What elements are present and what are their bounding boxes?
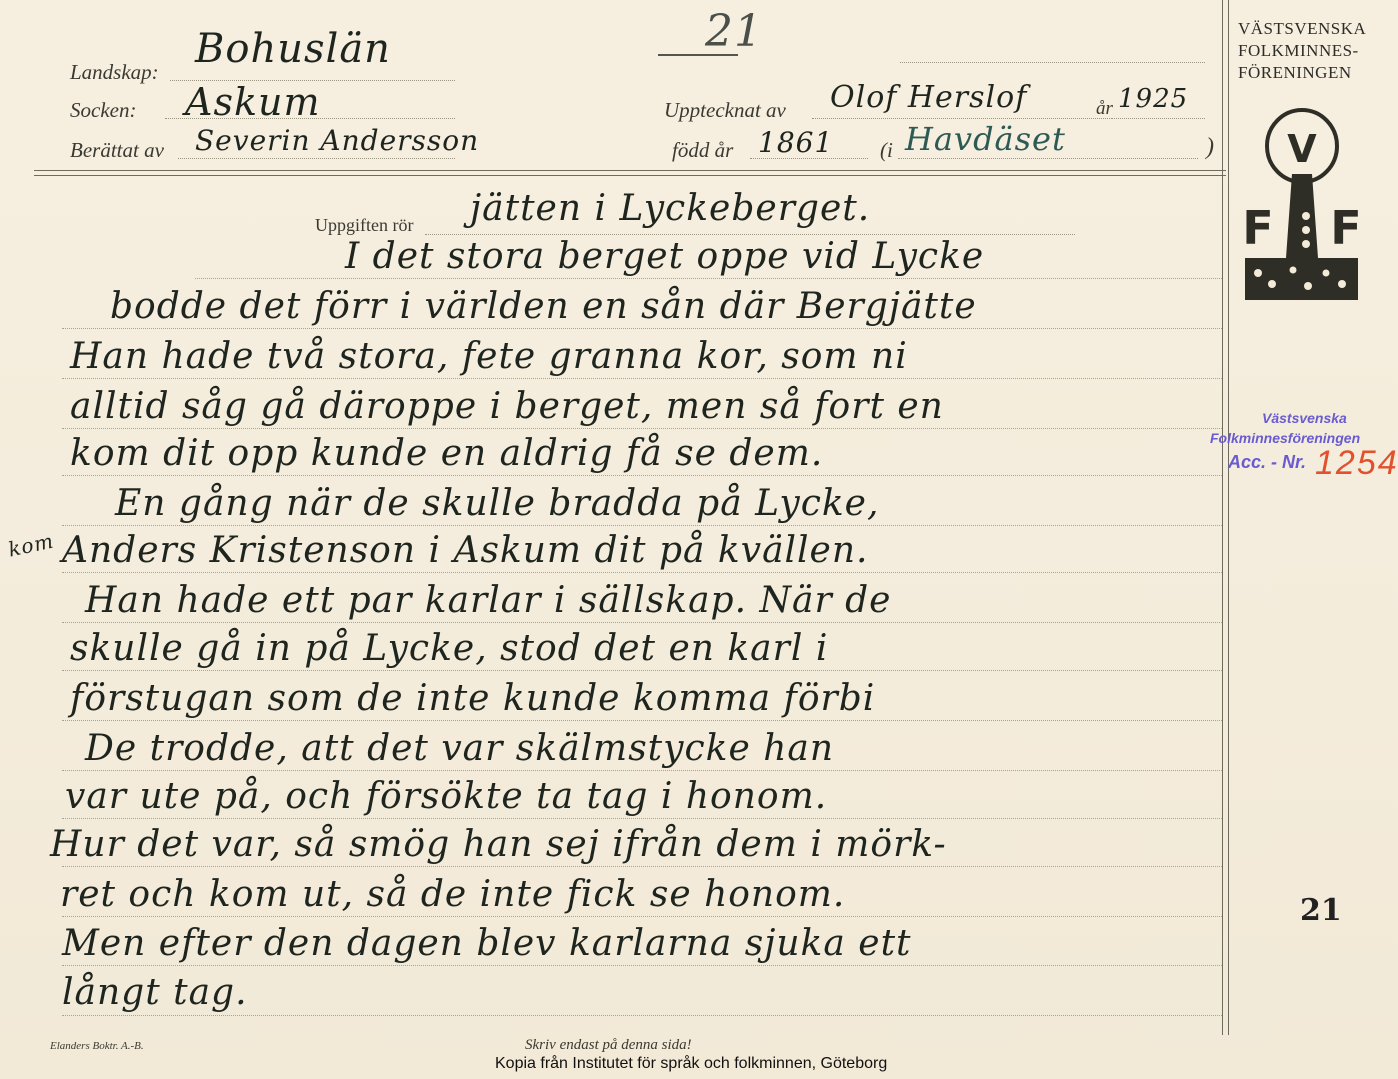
organization-name-line: VÄSTSVENSKA [1238, 18, 1388, 40]
organization-name-line: FOLKMINNES- [1238, 40, 1388, 62]
ruled-line [62, 572, 1222, 573]
upptecknat-av-value: Olof Herslof [830, 80, 1027, 115]
ar-value: 1925 [1118, 84, 1188, 114]
fodd-i-field-line [898, 158, 1198, 159]
landskap-label: Landskap: [70, 60, 159, 85]
berattat-av-value: Severin Andersson [195, 124, 479, 157]
ruled-line [62, 1015, 1222, 1016]
svg-text:F: F [1242, 201, 1273, 255]
landskap-value: Bohuslän [195, 26, 391, 72]
body-line: Han hade två stora, fete granna kor, som… [70, 336, 908, 377]
fodd-i-open: (i [880, 138, 893, 163]
ruled-line [62, 818, 1222, 819]
fodd-i-close: ) [1206, 134, 1214, 161]
subject-label: Uppgiften rör [315, 215, 413, 236]
ruled-line [62, 770, 1222, 771]
margin-note: kom [6, 528, 56, 561]
upptecknat-av-field-line [812, 118, 1112, 119]
svg-text:V: V [1287, 127, 1317, 171]
blank-field-line [900, 62, 1205, 63]
ruled-line [62, 965, 1222, 966]
socken-label: Socken: [70, 98, 136, 123]
body-line: I det stora berget oppe vid Lycke [345, 236, 984, 277]
socken-value: Askum [185, 80, 320, 124]
printer-credit: Elanders Boktr. A.-B. [50, 1040, 144, 1052]
body-line: ret och kom ut, så de inte fick se honom… [60, 874, 845, 915]
body-line: alltid såg gå däroppe i berget, men så f… [70, 386, 944, 427]
ruled-line [62, 720, 1222, 721]
body-line: Hur det var, så smög han sej ifrån dem i… [50, 824, 947, 865]
body-line: långt tag. [62, 972, 248, 1013]
body-line: skulle gå in på Lycke, stod det en karl … [70, 628, 828, 669]
body-line: bodde det förr i världen en sån där Berg… [110, 286, 977, 327]
fodd-ar-label: född år [672, 138, 733, 163]
right-column-divider-left [1222, 0, 1223, 1035]
berattat-av-field-line [178, 158, 455, 159]
stamp-acc-label: Acc. - Nr. [1228, 452, 1306, 473]
right-column-divider-right [1228, 0, 1229, 1035]
svg-text:F: F [1330, 201, 1361, 255]
stamp-acc-number: 1254 [1315, 444, 1398, 483]
page-number: 21 [1300, 893, 1342, 928]
vff-logo-icon: V F F [1238, 98, 1368, 308]
copy-notice: Kopia från Institutet för språk och folk… [495, 1055, 887, 1073]
fodd-i-value: Havdäset [905, 120, 1066, 158]
header-divider-bottom [34, 175, 1226, 176]
upptecknat-av-label: Upptecknat av [664, 98, 786, 123]
organization-name-line: FÖRENINGEN [1238, 62, 1388, 84]
stamp-line-1: Västsvenska [1262, 410, 1347, 426]
ruled-line [62, 428, 1222, 429]
ruled-line [62, 378, 1222, 379]
archive-record-card: Landskap: Bohuslän Socken: Askum Berätta… [0, 0, 1398, 1079]
body-line: var ute på, och försökte ta tag i honom. [65, 776, 827, 817]
card-number-handwritten: 21 [705, 6, 763, 57]
card-number-underline [658, 54, 738, 56]
instruction-note: Skriv endast på denna sida! [525, 1037, 692, 1054]
berattat-av-label: Berättat av [70, 138, 164, 163]
ruled-line [62, 916, 1222, 917]
fodd-ar-value: 1861 [758, 126, 833, 159]
organization-name: VÄSTSVENSKA FOLKMINNES- FÖRENINGEN [1238, 18, 1388, 84]
body-line: Han hade ett par karlar i sällskap. När … [85, 580, 891, 621]
ar-field-line [1112, 118, 1205, 119]
body-line: Anders Kristenson i Askum dit på kvällen… [62, 530, 869, 571]
ruled-line [195, 278, 1222, 279]
ruled-line [62, 670, 1222, 671]
subject-field-line [425, 234, 1075, 235]
ar-label: år [1096, 98, 1113, 120]
body-line: De trodde, att det var skälmstycke han [85, 728, 834, 769]
ruled-line [62, 622, 1222, 623]
body-line: En gång när de skulle bradda på Lycke, [115, 483, 879, 524]
ruled-line [62, 328, 1222, 329]
ruled-line [62, 866, 1222, 867]
header-divider-top [34, 170, 1226, 171]
ruled-line [62, 525, 1222, 526]
subject-value: jätten i Lyckeberget. [470, 188, 870, 229]
body-line: Men efter den dagen blev karlarna sjuka … [62, 923, 912, 964]
ruled-line [62, 475, 1222, 476]
body-line: förstugan som de inte kunde komma förbi [70, 678, 875, 719]
body-line: kom dit opp kunde en aldrig få se dem. [70, 433, 823, 474]
